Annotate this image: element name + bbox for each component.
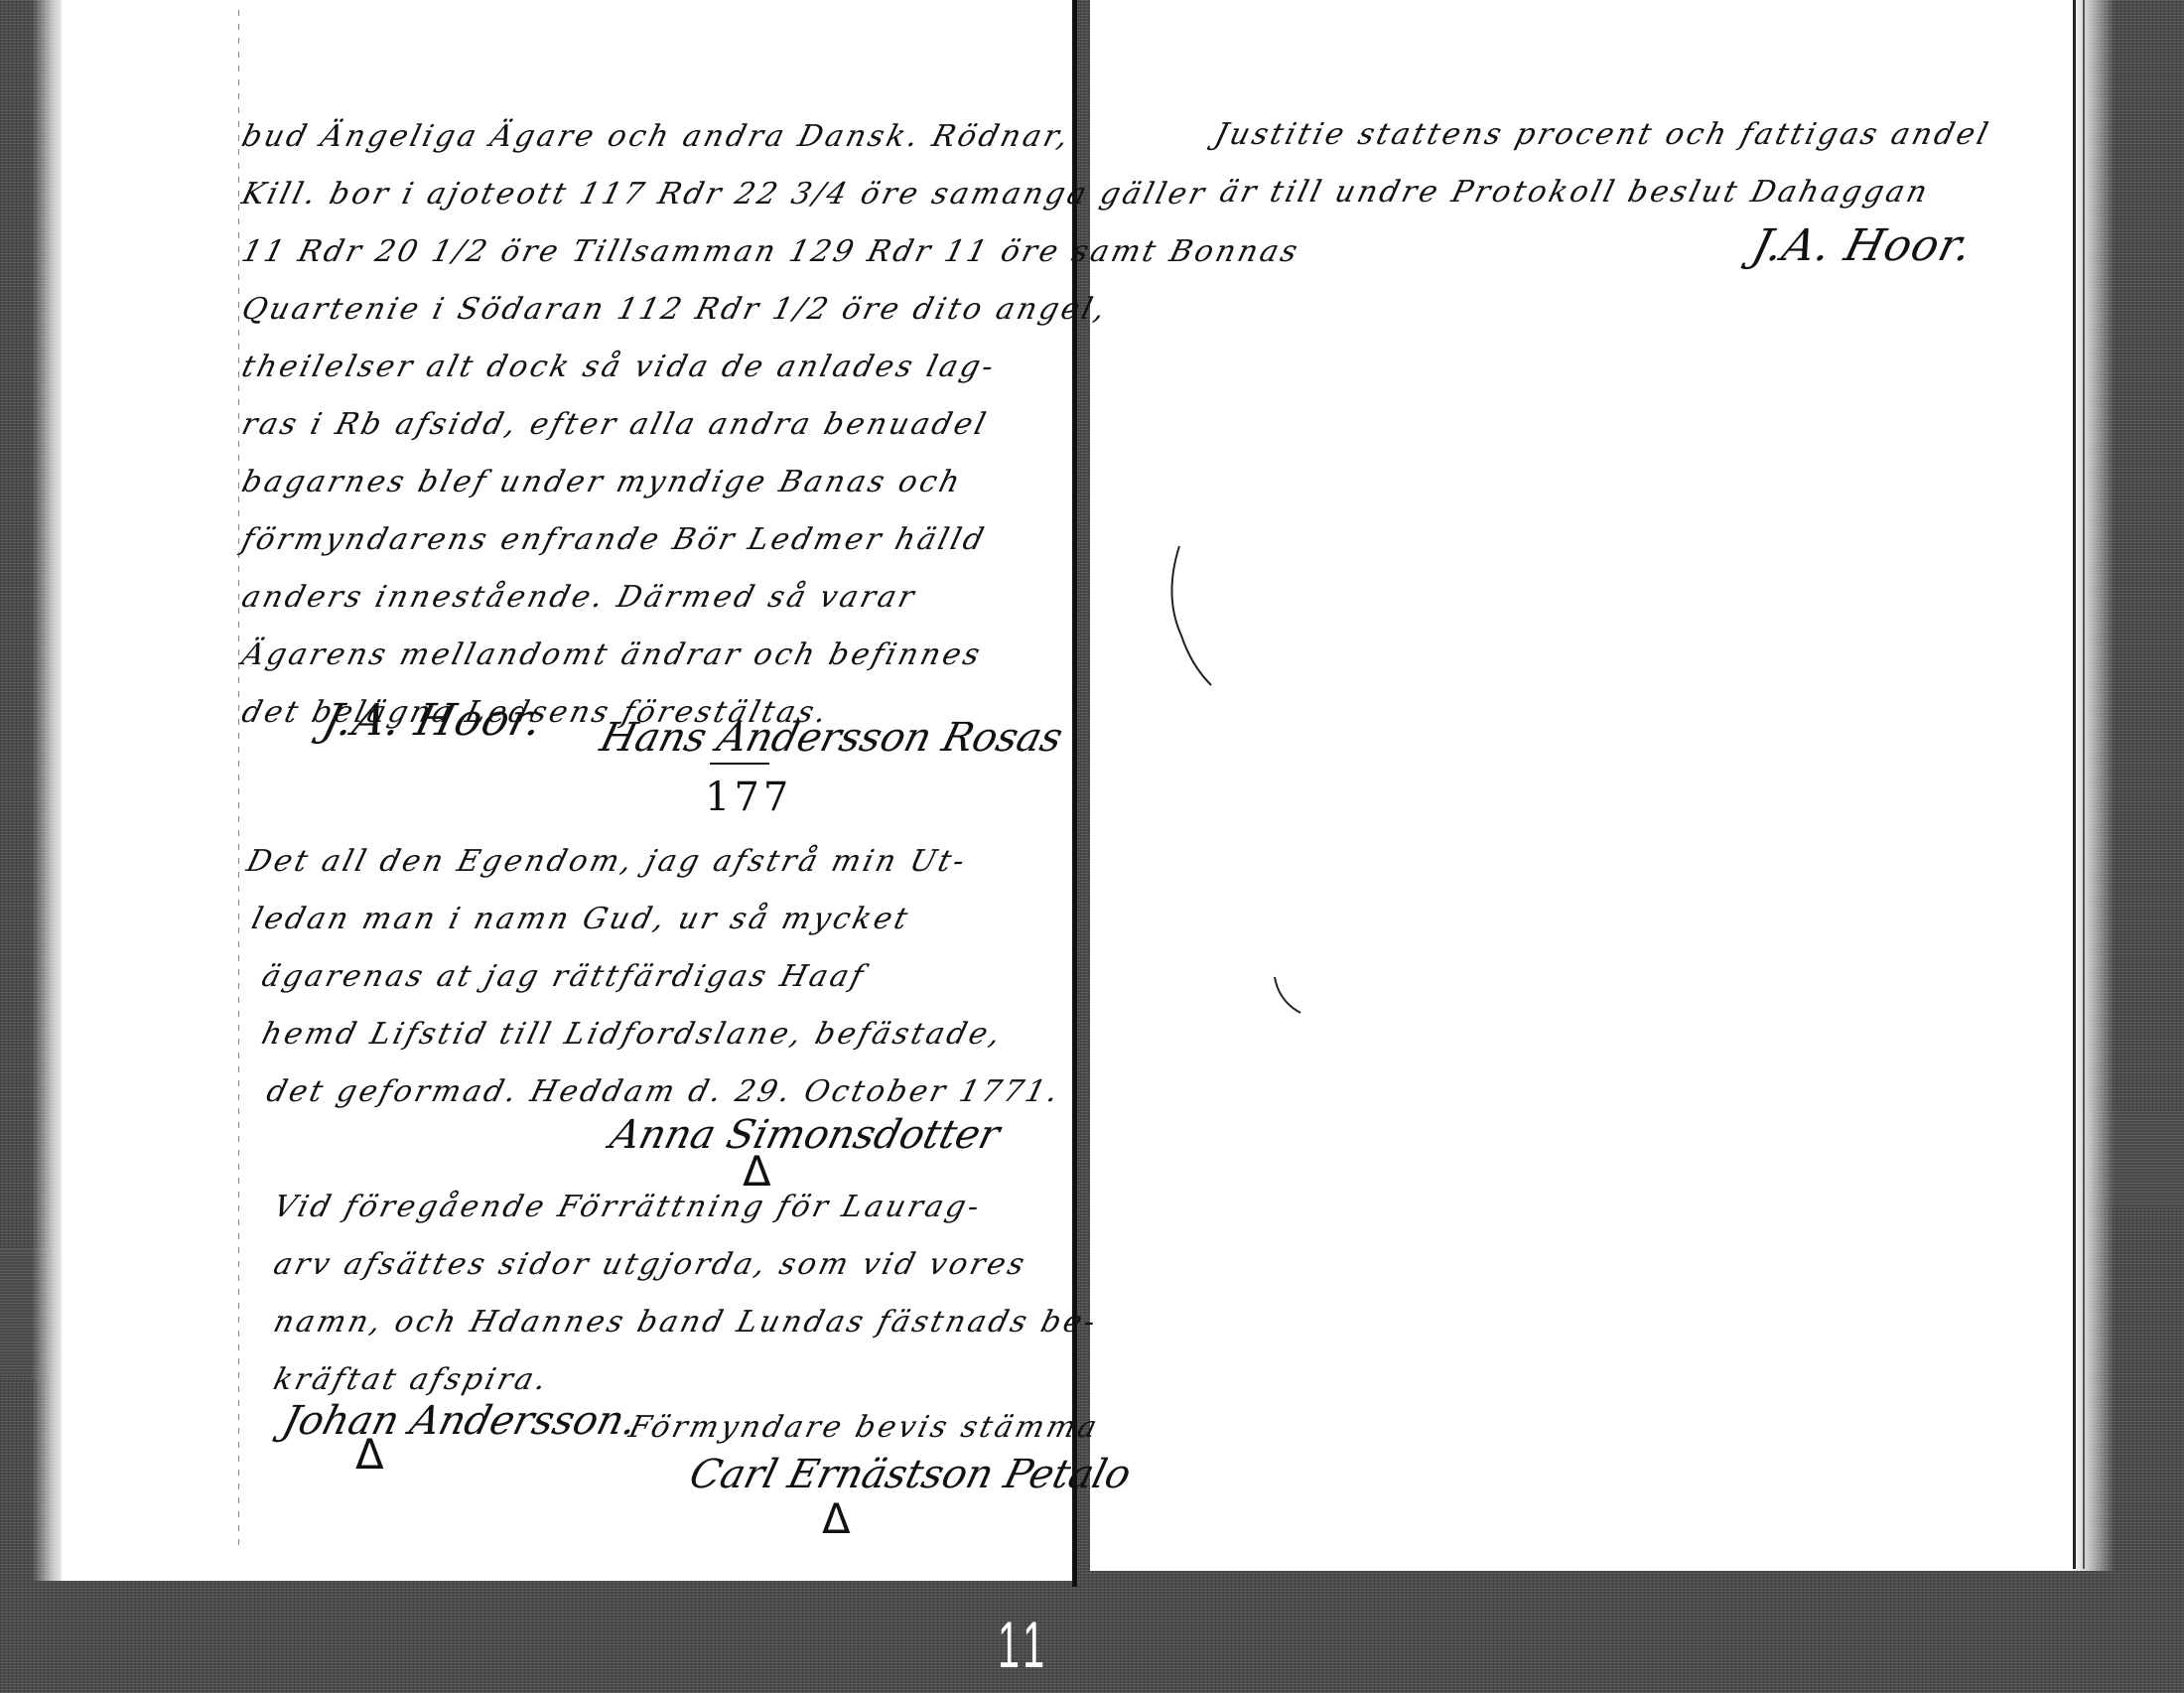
text-line: arv afsättes sidor utgjorda, som vid vor…	[270, 1247, 1030, 1282]
text-line: Det all den Egendom, jag afstrå min Ut-	[243, 844, 971, 879]
signature: J.A. Hoor.	[1747, 220, 1978, 271]
text-line: bud Ängeliga Ägare och andra Dansk. Rödn…	[238, 119, 1075, 154]
text-line: förmyndarens enfrande Bör Ledmer hälld	[238, 522, 990, 557]
text-line: anders innestående. Därmed så varar	[238, 580, 920, 615]
pencil-mark	[1161, 536, 1221, 695]
text-line: namn, och Hdannes band Lundas fästnads b…	[270, 1305, 1102, 1340]
page-edge	[2073, 0, 2076, 1569]
text-line: ledan man i namn Gud, ur så mycket	[248, 902, 914, 936]
signature: Anna Simonsdotter	[606, 1112, 1005, 1158]
text-line: bagarnes blef under myndige Banas och	[238, 465, 966, 499]
page-edge	[2083, 0, 2085, 1569]
text-line: hemd Lifstid till Lidfordslane, befästad…	[258, 1017, 1007, 1052]
text-line: ägarenas at jag rättfärdigas Haaf	[258, 959, 870, 994]
signature: Hans Andersson Rosas	[596, 715, 1067, 761]
text-line: är till undre Protokoll beslut Dahaggan	[1216, 175, 1934, 210]
text-line: Quartenie i Södaran 112 Rdr 1/2 öre dito…	[238, 292, 1112, 327]
text-line: Ägarens mellandomt ändrar och befinnes	[238, 637, 986, 672]
text-line: kräftat afspira.	[270, 1362, 553, 1397]
margin-rule	[238, 10, 239, 1549]
signature-mark: Δ	[355, 1430, 384, 1479]
text-line: 11 Rdr 20 1/2 öre Tillsamman 129 Rdr 11 …	[238, 234, 1303, 269]
text-line: det geformad. Heddam d. 29. October 1771…	[263, 1074, 1064, 1109]
text-line: Justitie stattens procent och fattigas a…	[1211, 117, 1994, 152]
signature: Carl Ernästson Petalo	[685, 1452, 1136, 1497]
text-line: Kill. bor i ajoteott 117 Rdr 22 3/4 öre …	[238, 177, 1211, 212]
signature: J.A. Hoor.	[318, 695, 548, 746]
signature: Johan Andersson.	[278, 1398, 641, 1444]
signature-mark: Δ	[743, 1147, 771, 1196]
underline	[710, 763, 769, 765]
text-line: Vid föregående Förrättning för Laurag-	[270, 1190, 986, 1224]
text-line: theilelser alt dock så vida de anlades l…	[238, 350, 1000, 384]
signature-mark: Δ	[822, 1494, 851, 1543]
pencil-mark	[1271, 973, 1310, 1023]
mark-number: 177	[705, 775, 792, 820]
page-number: 11	[998, 1607, 1050, 1682]
text-line: ras i Rb afsidd, efter alla andra benuad…	[238, 407, 992, 442]
text-line: Förmyndare bevis stämma	[625, 1410, 1103, 1445]
